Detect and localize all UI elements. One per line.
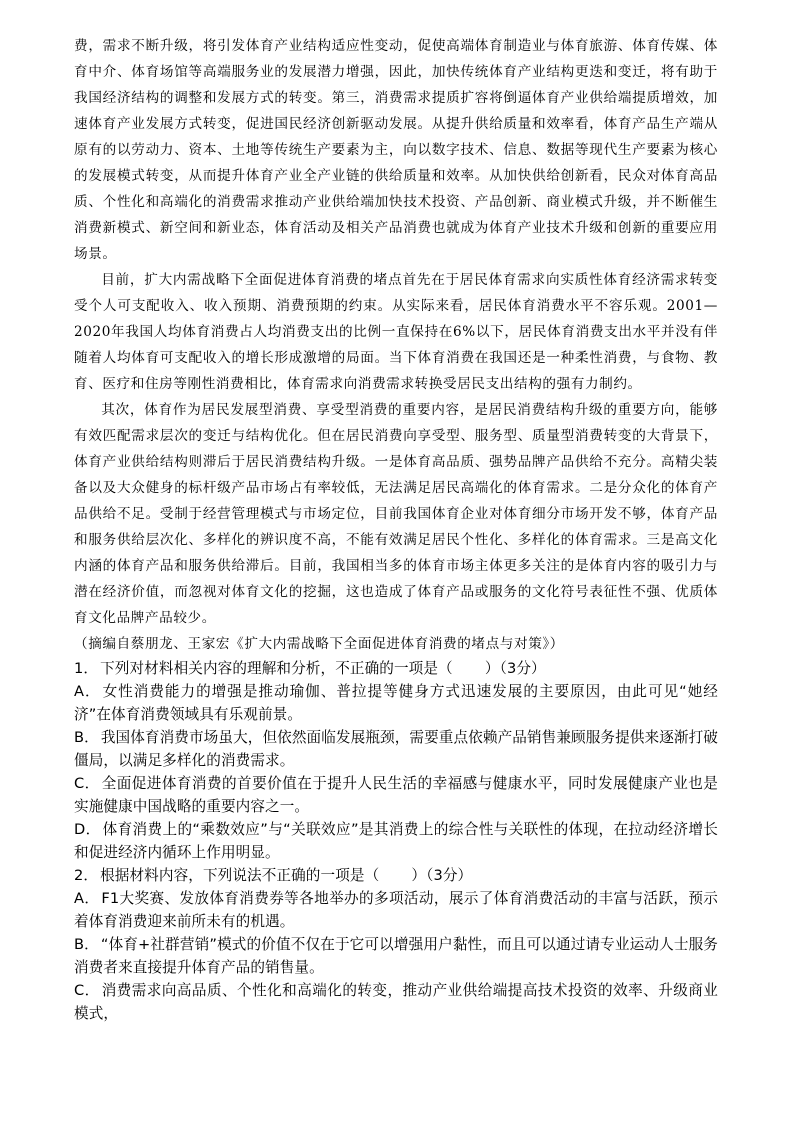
question-number: 1． — [74, 660, 98, 677]
option-label: B． — [74, 729, 99, 746]
question-text: 下列对材料相关内容的理解和分析，不正确的一项是（ — [100, 660, 453, 677]
question-1-option-c: C．全面促进体育消费的首要价值在于提升人民生活的幸福感与健康水平，同时发展健康产… — [74, 772, 718, 818]
option-text: 我国体育消费市场虽大，但依然面临发展瓶颈，需要重点依赖产品销售兼顾服务提供来逐渐… — [74, 729, 718, 769]
question-2-option-b: B．“体育+社群营销”模式的价值不仅在于它可以增强用户黏性，而且可以通过请专业运… — [74, 933, 718, 979]
reading-passage: 费，需求不断升级，将引发体育产业结构适应性变动，促使高端体育制造业与体育旅游、体… — [74, 33, 718, 657]
question-2-option-c: C．消费需求向高品质、个性化和高端化的转变，推动产业供给端提高技术投资的效率、升… — [74, 979, 718, 1025]
option-text: F1大奖赛、发放体育消费券等各地举办的多项活动，展示了体育消费活动的丰富与活跃，… — [74, 890, 718, 930]
option-text: 女性消费能力的增强是推动瑜伽、普拉提等健身方式迅速发展的主要原因，由此可见“她经… — [74, 683, 718, 723]
option-label: C． — [74, 775, 100, 792]
option-text: 消费需求向高品质、个性化和高端化的转变，推动产业供给端提高技术投资的效率、升级商… — [74, 982, 718, 1022]
question-2-stem: 2．根据材料内容，下列说法不正确的一项是（）（3分） — [74, 864, 718, 887]
question-score: ）（3分） — [411, 867, 472, 884]
question-number: 2． — [74, 867, 98, 884]
passage-paragraph-2: 目前，扩大内需战略下全面促进体育消费的堵点首先在于居民体育需求向实质性体育经济需… — [74, 267, 718, 397]
question-1-option-b: B．我国体育消费市场虽大，但依然面临发展瓶颈，需要重点依赖产品销售兼顾服务提供来… — [74, 726, 718, 772]
questions-section: 1．下列对材料相关内容的理解和分析，不正确的一项是（）（3分） A．女性消费能力… — [74, 657, 718, 1025]
question-score: ）（3分） — [485, 660, 546, 677]
passage-paragraph-1: 费，需求不断升级，将引发体育产业结构适应性变动，促使高端体育制造业与体育旅游、体… — [74, 33, 718, 267]
option-label: B． — [74, 936, 99, 953]
option-label: A． — [74, 683, 101, 700]
question-text: 根据材料内容，下列说法不正确的一项是（ — [100, 867, 379, 884]
option-label: C． — [74, 982, 100, 999]
question-2-option-a: A．F1大奖赛、发放体育消费券等各地举办的多项活动，展示了体育消费活动的丰富与活… — [74, 887, 718, 933]
question-1-stem: 1．下列对材料相关内容的理解和分析，不正确的一项是（）（3分） — [74, 657, 718, 680]
option-label: D． — [74, 821, 101, 838]
passage-paragraph-3: 其次，体育作为居民发展型消费、享受型消费的重要内容，是居民消费结构升级的重要方向… — [74, 397, 718, 631]
source-citation: （摘编自蔡朋龙、王家宏《扩大内需战略下全面促进体育消费的堵点与对策》） — [74, 631, 718, 657]
option-label: A． — [74, 890, 99, 907]
document-page: 费，需求不断升级，将引发体育产业结构适应性变动，促使高端体育制造业与体育旅游、体… — [74, 33, 718, 1025]
question-1-option-a: A．女性消费能力的增强是推动瑜伽、普拉提等健身方式迅速发展的主要原因，由此可见“… — [74, 680, 718, 726]
option-text: 全面促进体育消费的首要价值在于提升人民生活的幸福感与健康水平，同时发展健康产业也… — [74, 775, 718, 815]
option-text: 体育消费上的“乘数效应”与“关联效应”是其消费上的综合性与关联性的体现，在拉动经… — [74, 821, 718, 861]
question-1-option-d: D．体育消费上的“乘数效应”与“关联效应”是其消费上的综合性与关联性的体现，在拉… — [74, 818, 718, 864]
option-text: “体育+社群营销”模式的价值不仅在于它可以增强用户黏性，而且可以通过请专业运动人… — [74, 936, 718, 976]
